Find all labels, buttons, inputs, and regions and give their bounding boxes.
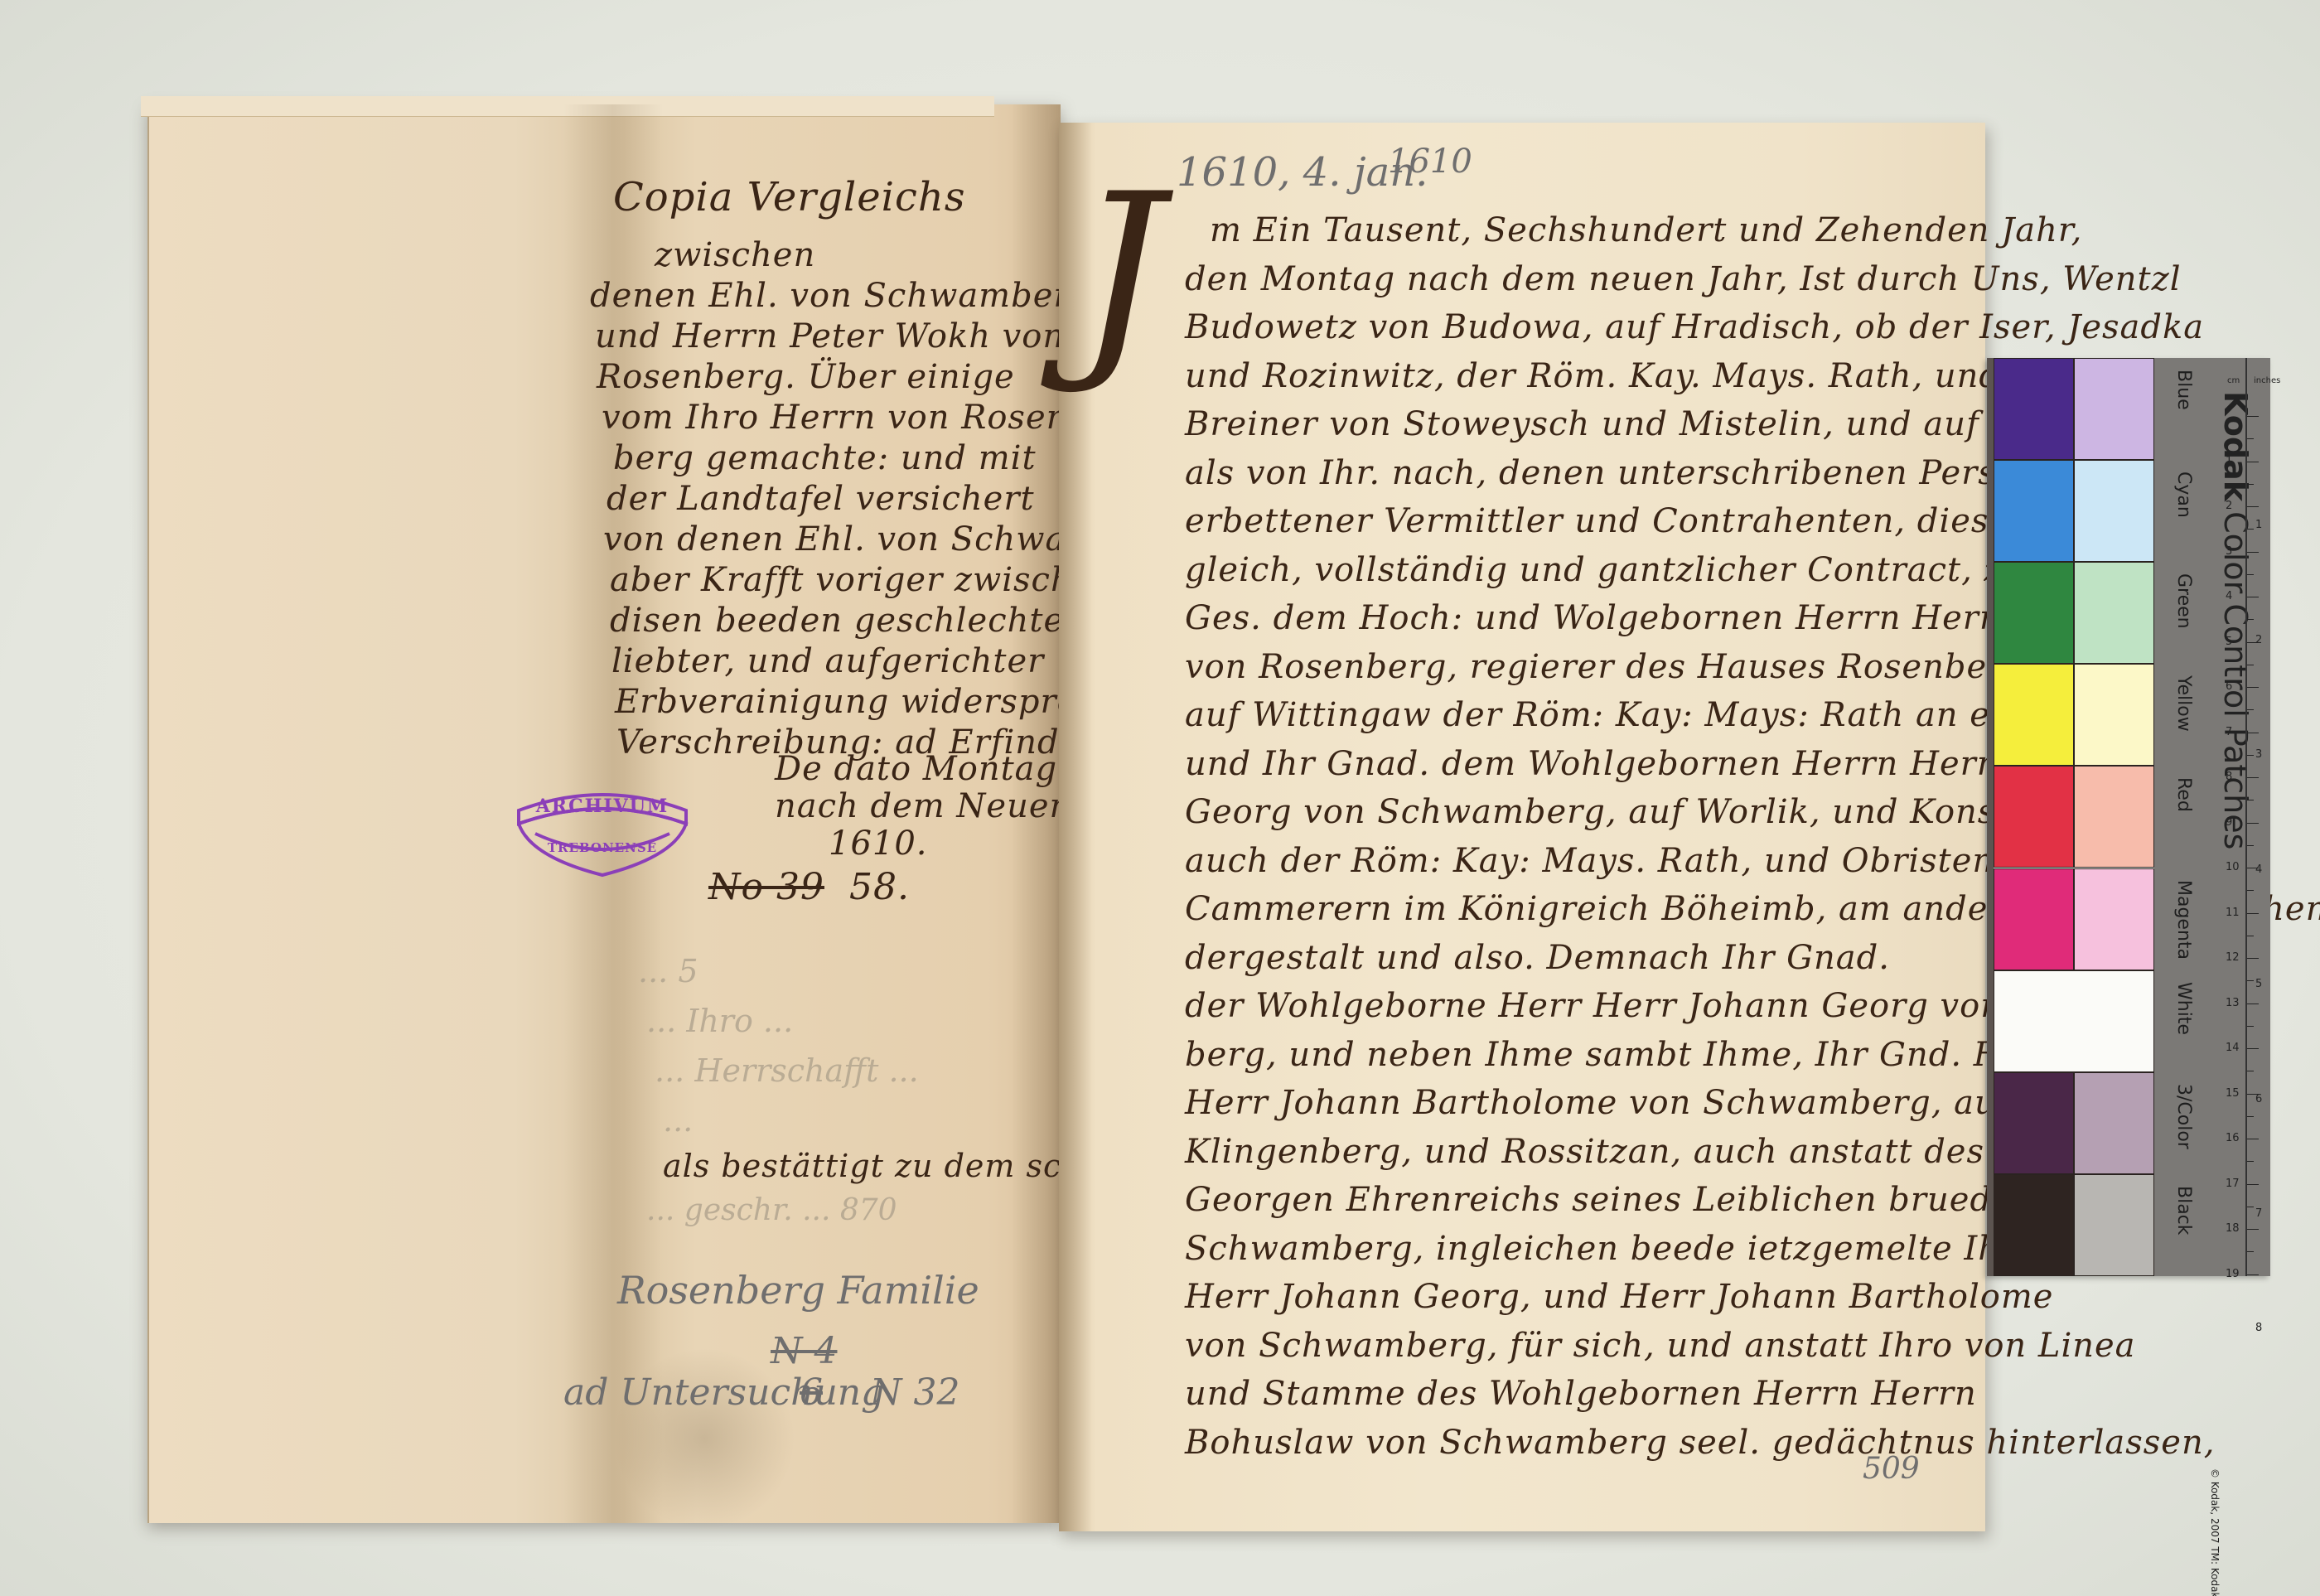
cm-tick-label: 4 <box>2226 590 2232 602</box>
kodak-color-target: Kodak Color Control Patches BlueCyanGree… <box>1987 358 2270 1276</box>
manuscript-line: erbettener Vermittler und Contrahenten, … <box>1185 502 2105 540</box>
cm-tick <box>2247 1139 2259 1139</box>
pencil-footer-note: ad Untersuchung <box>563 1371 884 1414</box>
left-text-line: der Landtafel versichert <box>607 480 1035 518</box>
manuscript-line: dergestalt und also. Demnach Ihr Gnad. <box>1185 939 1890 977</box>
cm-tick-label: 13 <box>2226 997 2240 1009</box>
patch-label: 3/Color <box>2171 1084 2204 1105</box>
cm-tick-label: 6 <box>2226 680 2232 693</box>
patch-label: Green <box>2171 573 2204 594</box>
left-text-line: vom Ihro Herrn von Rosen, <box>602 399 1080 437</box>
manuscript-line: von Rosenberg, regierer des Hauses Rosen… <box>1185 648 2115 686</box>
patch-magenta-dark <box>1994 868 2074 970</box>
cm-tick <box>2247 1004 2259 1004</box>
manuscript-line: Klingenberg, und Rossitzan, auch anstatt… <box>1185 1133 2101 1171</box>
faint-pencil-line: ... 5 <box>638 953 698 989</box>
patch-white <box>1994 970 2154 1072</box>
manuscript-line: Budowetz von Budowa, auf Hradisch, ob de… <box>1185 308 2204 346</box>
cm-tick <box>2247 438 2254 439</box>
cm-tick <box>2247 1071 2254 1071</box>
cm-tick <box>2247 913 2259 914</box>
left-text-line: und Herrn Peter Wokh von <box>595 317 1065 355</box>
patch-cyan-dark <box>1994 460 2074 562</box>
inch-tick-label: 8 <box>2255 1322 2262 1334</box>
patch-green-light <box>2074 562 2154 664</box>
cm-tick-label: 19 <box>2226 1268 2240 1280</box>
patch-blue-dark <box>1994 358 2074 460</box>
patch-red-light <box>2074 766 2154 868</box>
cm-tick <box>2247 1229 2259 1230</box>
faint-pencil-line: ... Ihro ... <box>646 1003 793 1039</box>
archive-stamp: ARCHIVUM TREBONENSE <box>512 786 693 878</box>
copyright: © Kodak, 2007 TM: Kodak <box>2209 1468 2320 1480</box>
patch-3-color-light <box>2074 1072 2154 1174</box>
pencil-family-note: Rosenberg Familie <box>617 1268 979 1313</box>
cm-tick-label: 14 <box>2226 1042 2240 1054</box>
cm-tick <box>2247 1116 2254 1117</box>
patch-yellow-light <box>2074 664 2154 766</box>
cm-tick-label: 15 <box>2226 1087 2240 1100</box>
left-date-line: De dato Montag <box>775 750 1057 788</box>
patch-label: Red <box>2171 777 2204 798</box>
cm-tick <box>2247 416 2259 417</box>
cm-tick <box>2247 823 2259 824</box>
faint-note: ... geschr. ... 870 <box>646 1193 897 1227</box>
manuscript-line: berg, und neben Ihme sambt Ihme, Ihr Gnd… <box>1185 1036 2057 1074</box>
patch-label: Cyan <box>2171 472 2204 492</box>
cm-tick-label: 2 <box>2226 500 2232 512</box>
inch-unit-label: inches <box>2254 376 2280 385</box>
patch-blue-light <box>2074 358 2154 460</box>
cm-tick <box>2247 484 2254 485</box>
inch-tick-label: 4 <box>2255 863 2262 876</box>
decorative-initial: J <box>1077 166 1163 381</box>
manuscript-line: Georgen Ehrenreichs seines Leiblichen br… <box>1185 1181 2121 1219</box>
cm-tick <box>2247 890 2254 891</box>
cm-tick <box>2247 619 2254 620</box>
patch-magenta-light <box>2074 868 2154 970</box>
manuscript-line: Herr Johann Bartholome von Schwamberg, a… <box>1185 1084 2112 1122</box>
inch-tick-label: 2 <box>2255 634 2262 646</box>
patch-green-dark <box>1994 562 2074 664</box>
pencil-year: 1610 <box>1388 143 1472 181</box>
ruler: cm inches 123456789101112131415161718191… <box>2245 358 2272 1276</box>
cm-tick <box>2247 1251 2254 1252</box>
cm-tick <box>2247 1274 2259 1275</box>
cm-tick <box>2247 733 2259 733</box>
inch-tick-label: 7 <box>2255 1207 2262 1220</box>
cm-tick <box>2247 462 2259 462</box>
cm-tick <box>2247 1026 2254 1027</box>
patch-yellow-dark <box>1994 664 2074 766</box>
color-patches <box>1994 358 2154 1276</box>
cm-tick <box>2247 777 2259 778</box>
manuscript-line: Herr Johann Georg, und Herr Johann Barth… <box>1185 1278 2053 1316</box>
patch-3-color-dark <box>1994 1072 2074 1174</box>
manuscript-line: auf Wittingaw der Röm: Kay: Mays: Rath a… <box>1185 696 2088 734</box>
patch-label: White <box>2171 982 2204 1003</box>
cm-tick <box>2247 552 2259 553</box>
cm-tick-label: 3 <box>2226 545 2232 558</box>
manuscript-line: m Ein Tausent, Sechshundert und Zehenden… <box>1210 211 2082 249</box>
cm-tick-label: 8 <box>2226 771 2232 783</box>
left-text-line: berg gemachte: und mit <box>613 439 1037 477</box>
folio-number: 509 <box>1863 1452 1920 1486</box>
cm-unit-label: cm <box>2227 376 2240 385</box>
manuscript-line: den Montag nach dem neuen Jahr, Ist durc… <box>1185 260 2182 298</box>
struck-pencil-number: N 4 <box>771 1330 837 1372</box>
struck-number: No 39 <box>708 866 824 908</box>
cm-tick <box>2247 597 2259 597</box>
cm-tick-label: 17 <box>2226 1178 2240 1190</box>
cm-tick <box>2247 845 2254 846</box>
cm-tick <box>2247 936 2254 936</box>
left-text-line: Rosenberg. Über einige <box>597 358 1015 396</box>
inch-tick-label: 6 <box>2255 1093 2262 1105</box>
manuscript-line: auch der Röm: Kay: Mays. Rath, und Obris… <box>1185 842 2119 880</box>
cm-tick <box>2247 1184 2259 1185</box>
manuscript-line: von Schwamberg, für sich, und anstatt Ih… <box>1185 1327 2136 1365</box>
struck-footer-number: 6 <box>800 1371 823 1414</box>
cm-tick-label: 12 <box>2226 951 2240 964</box>
left-heading: Copia Vergleichs <box>613 174 965 220</box>
faint-pencil-line: ... Herrschafft ... <box>655 1052 919 1089</box>
cm-tick <box>2247 709 2254 710</box>
cm-tick <box>2247 800 2254 800</box>
manuscript-line: und Stamme des Wohlgebornen Herrn Herrn <box>1185 1375 1977 1413</box>
cm-tick <box>2247 506 2259 507</box>
cm-tick-label: 18 <box>2226 1222 2240 1235</box>
cm-tick <box>2247 687 2259 688</box>
left-text-line: zwischen <box>655 236 815 274</box>
patch-label: Yellow <box>2171 675 2204 696</box>
patch-label: Magenta <box>2171 880 2204 901</box>
cm-tick <box>2247 665 2254 665</box>
manuscript-line: als von Ihr. nach, denen unterschribenen… <box>1185 454 2081 492</box>
patch-black-light <box>2074 1174 2154 1276</box>
left-text-line: denen Ehl. von Schwamberg <box>590 277 1092 315</box>
patch-label: Blue <box>2171 370 2204 390</box>
cm-tick-label: 5 <box>2226 636 2232 648</box>
cm-tick-label: 11 <box>2226 907 2240 919</box>
faint-pencil-line: ... <box>663 1102 693 1139</box>
archive-number: 58. <box>849 866 910 908</box>
inch-tick-label: 3 <box>2255 748 2262 761</box>
cm-tick <box>2247 980 2254 981</box>
cm-tick-label: 16 <box>2226 1132 2240 1144</box>
stamp-top-text: ARCHIVUM <box>512 796 693 817</box>
left-text-line: aber Krafft voriger zwischen <box>610 561 1115 599</box>
cm-tick <box>2247 1048 2259 1049</box>
target-edge <box>1987 358 1994 1276</box>
cm-tick <box>2247 1161 2254 1162</box>
pencil-footer-number: N 32 <box>870 1371 959 1414</box>
patch-cyan-light <box>2074 460 2154 562</box>
cm-tick <box>2247 1207 2254 1207</box>
inch-tick-label: 1 <box>2255 519 2262 531</box>
cm-tick-label: 7 <box>2226 726 2232 738</box>
patch-red-dark <box>1994 766 2074 868</box>
patch-label: Black <box>2171 1186 2204 1207</box>
inch-tick-label: 5 <box>2255 978 2262 990</box>
patch-black-dark <box>1994 1174 2074 1276</box>
manuscript-line: Breiner von Stoweysch und Mistelin, und … <box>1185 405 2126 443</box>
left-date-line: 1610. <box>829 825 928 863</box>
cm-tick-label: 10 <box>2226 861 2240 873</box>
cm-tick <box>2247 574 2254 575</box>
cm-tick <box>2247 529 2254 530</box>
cm-tick-label: 1 <box>2226 455 2232 467</box>
manuscript-line: Georg von Schwamberg, auf Worlik, und Ko… <box>1185 793 2088 831</box>
left-text-line: liebter, und aufgerichter <box>611 642 1044 680</box>
stamp-bottom-text: TREBONENSE <box>512 840 693 855</box>
manuscript-line: Bohuslaw von Schwamberg seel. gedächtnus… <box>1185 1424 2215 1462</box>
cm-tick <box>2247 958 2259 959</box>
cm-tick <box>2247 755 2254 756</box>
cm-tick-label: 9 <box>2226 816 2232 829</box>
